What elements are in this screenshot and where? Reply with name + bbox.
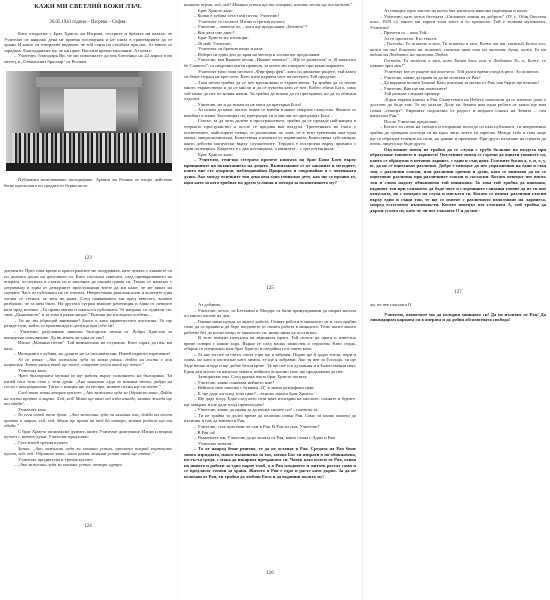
page-125: нашите перна, хей, хей! Момини устни ще … [184,2,356,185]
page-124: дисменти. През това време и оркестрантит… [4,268,172,468]
paragraph: Окултният певец не трябва да се служи с … [370,147,546,214]
paragraph: Господи, Ти живееш в мен, нека Твоят бла… [370,58,546,69]
chapter-title: КАЖИ МИ СВЕТЛИЙ БОЖИ ЛЪЧ. [4,4,172,10]
paragraph: – Аз искам да кажа, когато човек се влюб… [184,107,356,118]
page-number: 124 [4,524,172,529]
paragraph: „Господи, Ти живееш в мен, Ти живееш в м… [370,41,546,58]
paragraph: – Да вършиш волята Божия! Като излизаш з… [370,80,546,86]
photo-floor [6,163,172,171]
paragraph: Учителю, помогнете ми да изльрвя мишците… [370,312,546,323]
page-number: 126 [184,571,356,576]
paragraph: Аз извадих едно листче на което бях напи… [370,8,546,14]
paragraph: ли, че пее гласната О. [370,302,546,308]
paragraph: С брат Христо записвахме думите, които У… [4,429,172,440]
paragraph: Аз го изпях: „Ако зажалиш луда за мома р… [4,357,172,368]
paragraph: – Помогнете ми, Учителю да не изляза от … [184,435,356,441]
paragraph: – То от напред беше решено, те да не ост… [184,446,356,479]
paragraph: – Ще даде плод. Едва след като този цвят… [184,396,356,407]
paragraph: – Чрез българската музика аз ще работя в… [4,373,172,390]
paragraph: дисменти. През това време и оркестрантит… [4,268,172,318]
paragraph: – Когато ти пееш на сцената и отправиш п… [370,124,546,146]
paragraph: В този момент почукаха на външната врата… [184,335,356,352]
page-127: Аз извадих едно листче на което бях напи… [370,8,546,213]
page-123: КАЖИ МИ СВЕТЛИЙ БОЖИ ЛЪЧ. 26.05.1943 год… [4,2,172,188]
paragraph: – Ти сега изпей тези думи: „Ако зажалиш … [4,412,172,429]
paragraph: – Учителю, тези-що сестрата прочете книг… [184,157,356,185]
stage-photo [6,71,172,171]
photo-arch [36,77,142,87]
paragraph: Изпях „Момина песен". Той внимателно ме … [4,340,172,351]
page-number: 125 [184,286,356,291]
paragraph: – Учителю, разучаваме няколко български … [4,329,172,340]
paragraph: Учителят тихо запя песента „Фир-фюр фен"… [184,69,356,80]
page-gutter [177,0,178,600]
page-gutter [362,0,363,600]
paragraph: Гласът, за да лети далече в пространство… [184,118,356,151]
dateline: 26.05.1943 година – Изгрева – София. [4,20,172,26]
page-number: 123 [4,256,172,261]
page-126: Аз добавих: – Учителю, четох, че Бетхове… [184,302,356,480]
paragraph: – Геният няма нужда от много работа. Ген… [184,319,356,336]
paragraph: – Учителю, четох, че Бетховен и Моцарт с… [184,308,356,319]
page-128: ли, че пее гласната О. Учителю, помогнет… [370,302,546,323]
paragraph: След това изпях втория куплет: „Ако зажа… [4,390,172,407]
paragraph: – Та ако ти пее за света, света утре ще … [184,352,356,374]
paragraph: – Учителю, благодаря Ви, че ми помогнахт… [4,53,172,64]
photo-caption: Публиката неистивавшо аплодираше. Арията… [4,177,172,188]
paragraph: – Учителю, във Вашите песни „Имаше човек… [184,57,356,68]
paragraph: – Учителю, като четох беседата „Силовите… [370,14,546,31]
paragraph: – Мелодията е хубава, но думите не са по… [4,351,172,357]
paragraph: Учителят взе от ръцете ми листчето. Той … [370,69,546,75]
paragraph: Като отидохме с Брат Христо на Изгрева, … [4,31,172,53]
paragraph: – Ти не трябва за дълго време да излизаш… [184,413,356,424]
photo-performers [12,133,166,163]
paragraph: Запях: „Ако зажалиш луда за момини устни… [4,446,172,457]
photo-backdrop [64,89,116,131]
paragraph: нашите перна, хей, хей! Момини устни ще … [184,2,356,8]
page-number: 127 [370,290,546,295]
paragraph: – Ти не им обръщай внимание! Злото е кат… [4,318,172,329]
paragraph: – Тази песен трябва да се пее вдъхновено… [184,80,356,102]
paragraph: „Един евреин влязъл в Рая. Съществата на… [370,97,546,119]
paragraph: – „Ако зажалиш луда за момина устна, отв… [4,462,172,468]
